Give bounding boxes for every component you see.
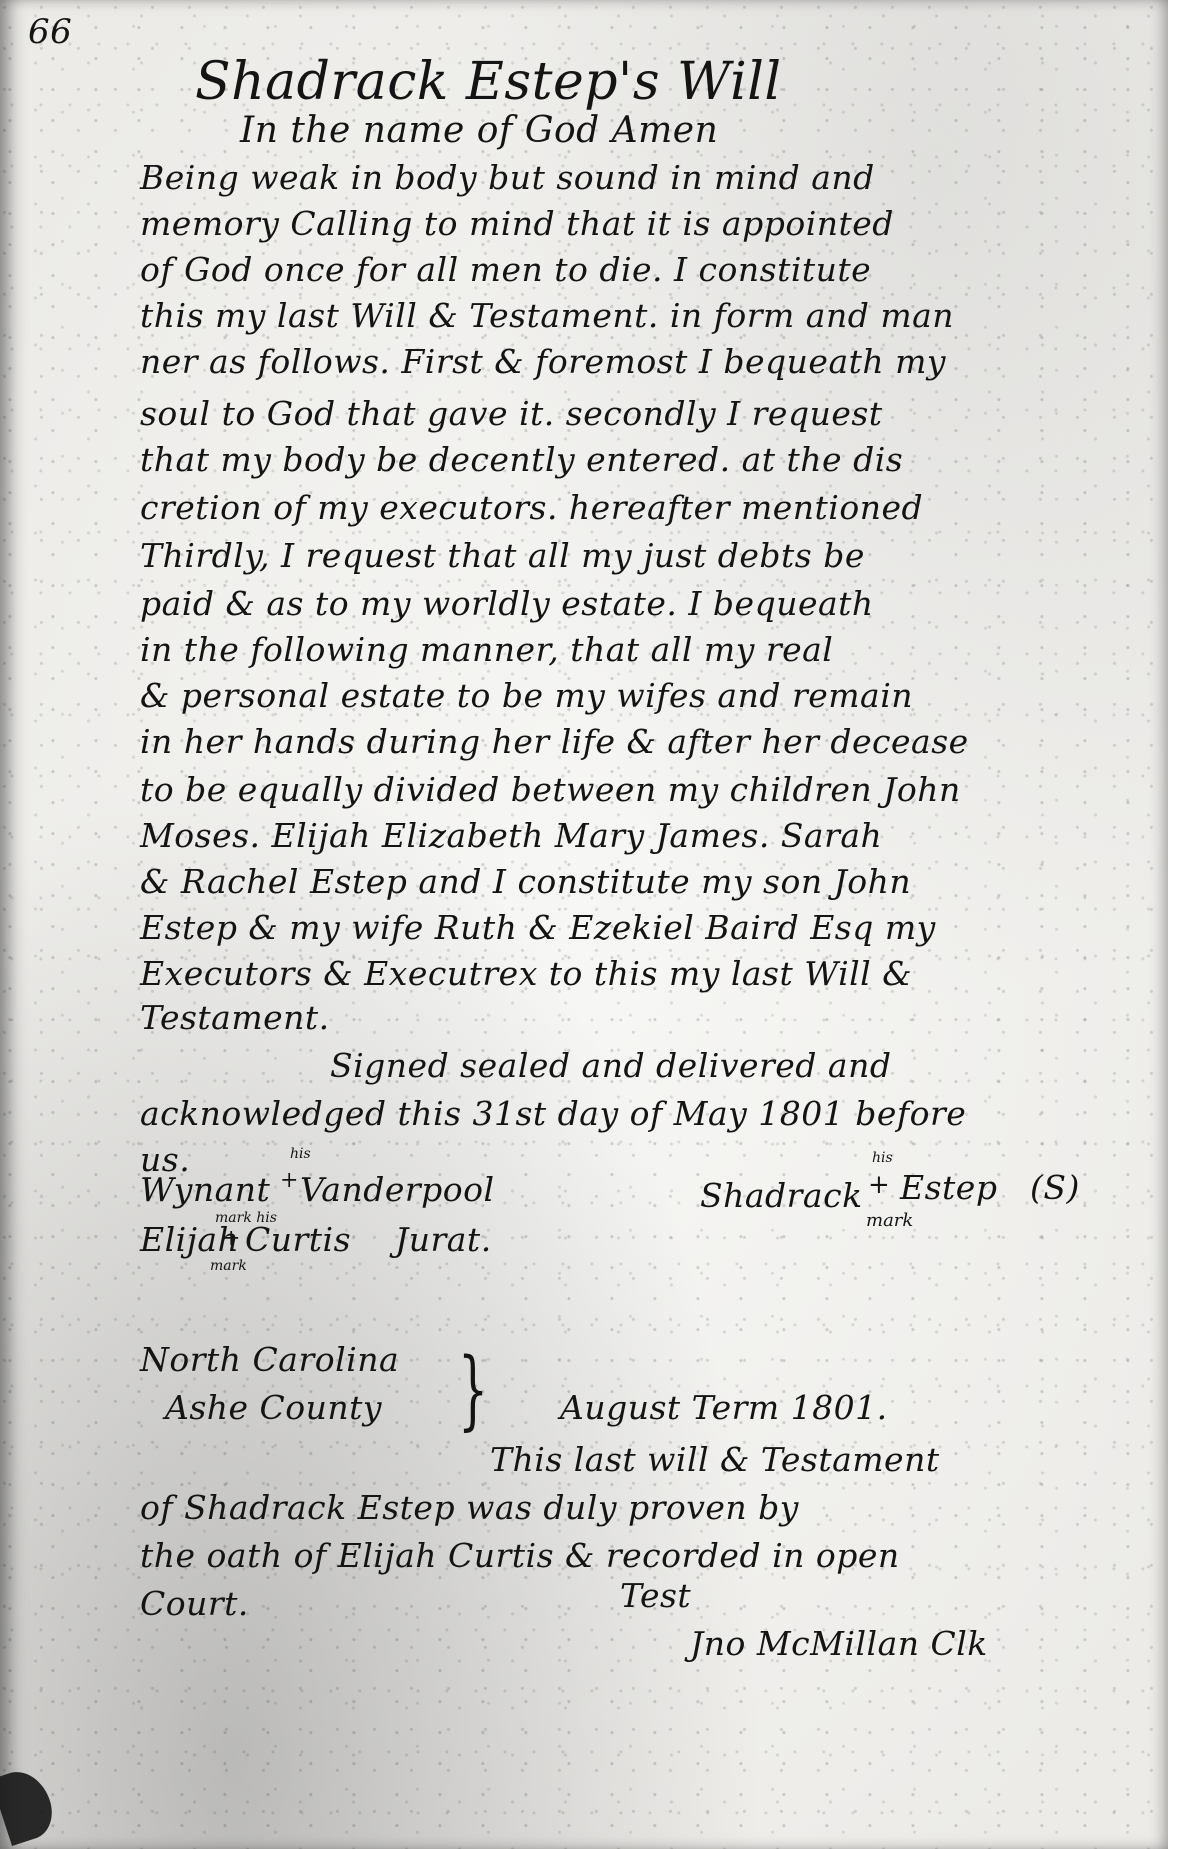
seal-mark: (S): [1030, 1168, 1080, 1207]
document-title: Shadrack Estep's Will: [195, 52, 781, 112]
body-line: in the following manner, that all my rea…: [140, 630, 833, 669]
body-line: Testament.: [140, 998, 330, 1037]
clerk-signature: Jno McMillan Clk: [690, 1624, 988, 1663]
body-line: Being weak in body but sound in mind and: [140, 158, 875, 197]
jurisdiction-county: Ashe County: [165, 1388, 382, 1427]
body-line: Estep & my wife Ruth & Ezekiel Baird Esq…: [140, 908, 936, 947]
body-line: Thirdly, I request that all my just debt…: [140, 536, 865, 575]
mark-label: his: [872, 1150, 893, 1166]
witness-last-name: Curtis: [245, 1220, 351, 1259]
body-line: to be equally divided between my childre…: [140, 770, 961, 809]
probate-line: This last will & Testament: [490, 1440, 940, 1479]
scan-margin: [1168, 0, 1200, 1849]
probate-line: of Shadrack Estep was duly proven by: [140, 1488, 799, 1527]
body-line: ner as follows. First & foremost I beque…: [140, 342, 946, 381]
mark-label: his: [290, 1146, 311, 1162]
ink-blot-artifact: [0, 1764, 60, 1846]
witness-last-name: Vanderpool: [300, 1170, 495, 1209]
testator-mark-cross: +: [868, 1170, 890, 1200]
body-line: Moses. Elijah Elizabeth Mary James. Sara…: [140, 816, 882, 855]
witness-mark-cross: +: [222, 1226, 241, 1251]
body-line: Executors & Executrex to this my last Wi…: [140, 954, 912, 993]
body-line: that my body be decently entered. at the…: [140, 440, 903, 479]
invocation: In the name of God Amen: [240, 110, 718, 151]
body-line: & Rachel Estep and I constitute my son J…: [140, 862, 911, 901]
court-term: August Term 1801.: [560, 1388, 888, 1427]
witness-mark-cross: +: [280, 1168, 299, 1193]
attestation-line: Signed sealed and delivered and: [330, 1046, 891, 1085]
testator-last-name: Estep: [900, 1168, 997, 1207]
testator-first-name: Shadrack: [700, 1176, 863, 1215]
body-line: & personal estate to be my wifes and rem…: [140, 676, 913, 715]
jurisdiction-state: North Carolina: [140, 1340, 399, 1379]
body-line: memory Calling to mind that it is appoin…: [140, 204, 894, 243]
probate-line: Court.: [140, 1584, 249, 1623]
brace-icon: }: [458, 1340, 488, 1440]
mark-label: mark: [866, 1210, 913, 1231]
body-line: soul to God that gave it. secondly I req…: [140, 394, 883, 433]
page-number: 66: [28, 12, 72, 52]
body-line: this my last Will & Testament. in form a…: [140, 296, 954, 335]
body-line: paid & as to my worldly estate. I bequea…: [140, 584, 874, 623]
witness-first-name: Wynant: [140, 1170, 270, 1209]
document-page: 66 Shadrack Estep's Will In the name of …: [0, 0, 1168, 1849]
body-line: of God once for all men to die. I consti…: [140, 250, 871, 289]
attestation-line: acknowledged this 31st day of May 1801 b…: [140, 1094, 966, 1133]
body-line: in her hands during her life & after her…: [140, 722, 969, 761]
mark-label: mark: [210, 1258, 247, 1274]
jurat-label: Jurat.: [395, 1220, 492, 1259]
body-line: cretion of my executors. hereafter menti…: [140, 488, 923, 527]
test-label: Test: [620, 1576, 691, 1615]
probate-line: the oath of Elijah Curtis & recorded in …: [140, 1536, 900, 1575]
